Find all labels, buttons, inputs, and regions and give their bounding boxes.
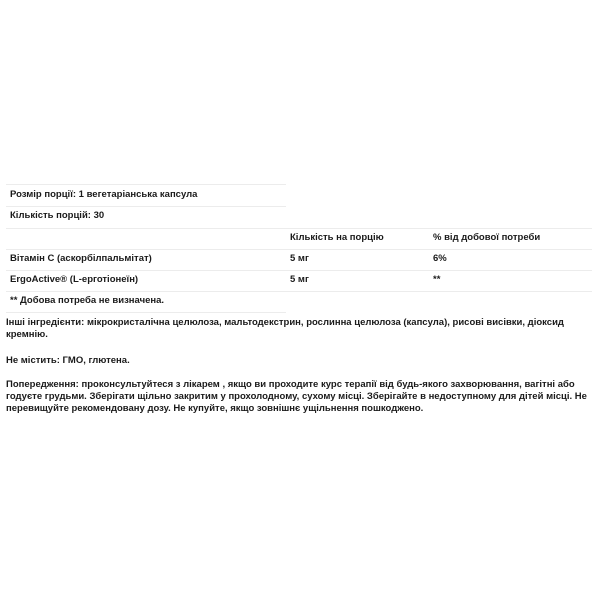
ingredient-amount: 5 мг: [290, 253, 309, 265]
divider: [6, 249, 592, 250]
ingredient-daily-value: 6%: [433, 253, 447, 265]
divider: [6, 270, 592, 271]
warning: Попередження: проконсультуйтеся з лікаре…: [6, 379, 594, 416]
ingredient-name: ErgoActive® (L-ерготіонеїн): [10, 274, 138, 286]
divider: [6, 312, 286, 313]
free-of: Не містить: ГМО, глютена.: [6, 355, 594, 367]
ingredient-daily-value: **: [433, 274, 440, 286]
divider: [6, 228, 592, 229]
divider: [6, 184, 286, 185]
serving-size: Розмір порції: 1 вегетаріанська капсула: [10, 189, 197, 201]
servings-per-container: Кількість порцій: 30: [10, 210, 104, 222]
divider: [6, 291, 592, 292]
header-amount: Кількість на порцію: [290, 232, 384, 244]
ingredient-name: Вітамін С (аскорбілпальмітат): [10, 253, 152, 265]
ingredient-amount: 5 мг: [290, 274, 309, 286]
footnote: ** Добова потреба не визначена.: [10, 295, 164, 307]
other-ingredients: Інші інгредієнти: мікрокристалічна целюл…: [6, 317, 594, 341]
divider: [6, 206, 286, 207]
header-daily-value: % від добової потреби: [433, 232, 540, 244]
